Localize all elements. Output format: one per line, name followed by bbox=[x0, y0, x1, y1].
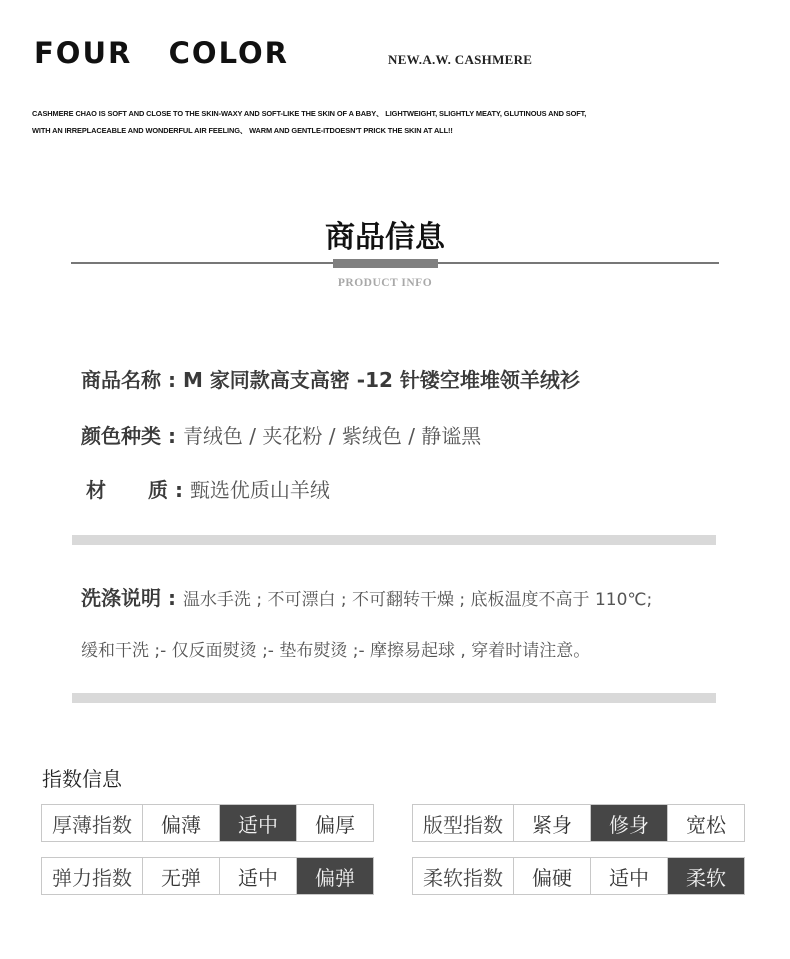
softness-index-head: 柔软指数 bbox=[413, 858, 514, 894]
elasticity-index-head: 弹力指数 bbox=[42, 858, 143, 894]
product-name-row: 商品名称 : M 家同款高支高密 -12 针镂空堆堆领羊绒衫 bbox=[81, 364, 580, 393]
softness-index-table: 柔软指数 偏硬 适中 柔软 bbox=[412, 857, 745, 895]
softness-option-soft: 柔软 bbox=[668, 858, 744, 894]
intro-line-2: WITH AN IRREPLACEABLE AND WONDERFUL AIR … bbox=[32, 122, 672, 139]
product-material-label-b: 质 : bbox=[148, 478, 190, 502]
intro-text: CASHMERE CHAO IS SOFT AND CLOSE TO THE S… bbox=[32, 105, 672, 139]
thickness-option-thick: 偏厚 bbox=[297, 805, 373, 841]
fit-option-tight: 紧身 bbox=[514, 805, 591, 841]
divider-bar-1 bbox=[72, 535, 716, 545]
fit-option-loose: 宽松 bbox=[668, 805, 744, 841]
product-material-value: 甄选优质山羊绒 bbox=[190, 478, 330, 502]
washing-line-1: 洗涤说明 : 温水手洗 ; 不可漂白 ; 不可翻转干燥 ; 底板温度不高于 11… bbox=[81, 582, 652, 611]
product-material-label-a: 材 bbox=[86, 474, 148, 503]
softness-option-hard: 偏硬 bbox=[514, 858, 591, 894]
product-color-value: 青绒色 / 夹花粉 / 紫绒色 / 静谧黑 bbox=[183, 424, 481, 448]
brand-subtitle: NEW.A.W. CASHMERE bbox=[388, 52, 532, 68]
washing-text-1: 温水手洗 ; 不可漂白 ; 不可翻转干燥 ; 底板温度不高于 110℃; bbox=[183, 590, 652, 610]
brand-title: FOUR COLOR bbox=[34, 36, 289, 70]
elasticity-index-table: 弹力指数 无弹 适中 偏弹 bbox=[41, 857, 374, 895]
product-name-label: 商品名称 : bbox=[81, 368, 183, 392]
fit-index-table: 版型指数 紧身 修身 宽松 bbox=[412, 804, 745, 842]
section-title: 商品信息 bbox=[0, 212, 770, 256]
fit-index-head: 版型指数 bbox=[413, 805, 514, 841]
index-title: 指数信息 bbox=[42, 763, 122, 792]
thickness-index-table: 厚薄指数 偏薄 适中 偏厚 bbox=[41, 804, 374, 842]
elasticity-option-medium: 适中 bbox=[220, 858, 297, 894]
washing-label: 洗涤说明 : bbox=[81, 586, 183, 610]
divider-bar-2 bbox=[72, 693, 716, 703]
fit-option-slim: 修身 bbox=[591, 805, 668, 841]
intro-line-1: CASHMERE CHAO IS SOFT AND CLOSE TO THE S… bbox=[32, 105, 672, 122]
elasticity-option-stretchy: 偏弹 bbox=[297, 858, 373, 894]
product-material-row: 材质 : 甄选优质山羊绒 bbox=[86, 474, 330, 503]
thickness-option-medium: 适中 bbox=[220, 805, 297, 841]
product-name-value: M 家同款高支高密 -12 针镂空堆堆领羊绒衫 bbox=[183, 368, 580, 392]
washing-line-2: 缓和干洗 ;- 仅反面熨烫 ;- 垫布熨烫 ;- 摩擦易起球 , 穿着时请注意。 bbox=[81, 636, 590, 661]
softness-option-medium: 适中 bbox=[591, 858, 668, 894]
section-subtitle: PRODUCT INFO bbox=[0, 277, 770, 289]
thickness-option-thin: 偏薄 bbox=[143, 805, 220, 841]
product-color-row: 颜色种类 : 青绒色 / 夹花粉 / 紫绒色 / 静谧黑 bbox=[81, 420, 481, 449]
elasticity-option-none: 无弹 bbox=[143, 858, 220, 894]
product-color-label: 颜色种类 : bbox=[81, 424, 183, 448]
thickness-index-head: 厚薄指数 bbox=[42, 805, 143, 841]
section-rule-block bbox=[333, 259, 438, 268]
